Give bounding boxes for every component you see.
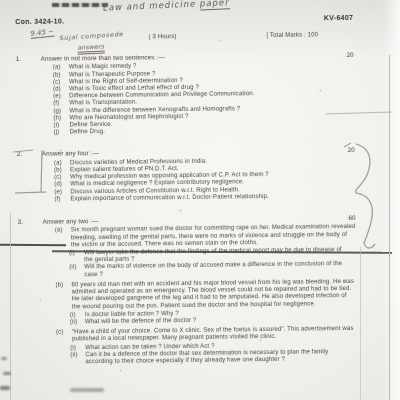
scanned-exam-paper: Law and medicine paper Con. 3424-10. KV-… [0, 0, 400, 400]
case-text: 60 years old man met with an accident an… [71, 279, 356, 311]
question-marks: 20 [348, 147, 355, 154]
question-marks: 60 [348, 215, 355, 222]
item-label: (j) [54, 130, 70, 137]
scan-smudge [3, 372, 11, 375]
subitem-label: (ii) [70, 352, 85, 367]
case-label: (b) [55, 282, 71, 311]
subitem-text: Can it be a defence of the doctor that s… [85, 349, 353, 367]
case-label: (c) [56, 330, 72, 345]
question-2: 2. Answer any four :— 20 (a)Discuss vari… [17, 147, 356, 204]
case-subitem: (ii)Can it be a defence of the doctor th… [70, 349, 357, 367]
item-label: (f) [54, 196, 70, 203]
question-1: 1. Answer in not more than two sentences… [16, 52, 355, 138]
total-marks-label: [ Total Marks : 100 [266, 32, 318, 40]
case-label: (a) [55, 228, 71, 250]
scan-smudge [0, 386, 10, 390]
duration-label: ( 3 Hours) [148, 34, 176, 42]
corner-stamp-mark [52, 3, 108, 7]
handwritten-title-underlined-word: paper [200, 0, 230, 11]
pencil-curly-brace-right [356, 144, 375, 248]
paper-crease-right-inner [360, 247, 361, 400]
subitem-text: Will the marks of violence on the body o… [84, 261, 352, 279]
handwritten-note-underlined: answers [77, 43, 104, 55]
subitem-label: (ii) [70, 319, 85, 326]
subitem-label: (i) [69, 250, 84, 265]
case-a: (a)Six month pregnant woman sued the doc… [55, 224, 356, 249]
exam-code-right: KV-6407 [324, 15, 353, 22]
paper-crease-left [10, 213, 11, 400]
question-3: 3. Answer any two :— 60 (a)Six month pre… [18, 215, 358, 367]
case-b: (b)60 years old man met with an accident… [55, 279, 356, 311]
scan-smudge [1, 357, 7, 360]
question-number: 3. [18, 219, 30, 227]
question-list: 1. Answer in not more than two sentences… [16, 52, 358, 367]
question-marks: 20 [346, 52, 353, 59]
case-text: Six month pregnant woman sued the doctor… [71, 224, 356, 249]
question-number: 2. [17, 151, 29, 159]
exam-code-left: Con. 3424-10. [15, 18, 64, 26]
pencil-smudge-over-word [70, 388, 104, 392]
question-number: 1. [16, 56, 28, 64]
case-subitem: (ii)Will the marks of violence on the bo… [69, 261, 356, 279]
scan-shading-right [382, 0, 400, 400]
scan-noise [0, 0, 1, 1]
subitem-label: (ii) [69, 265, 84, 280]
